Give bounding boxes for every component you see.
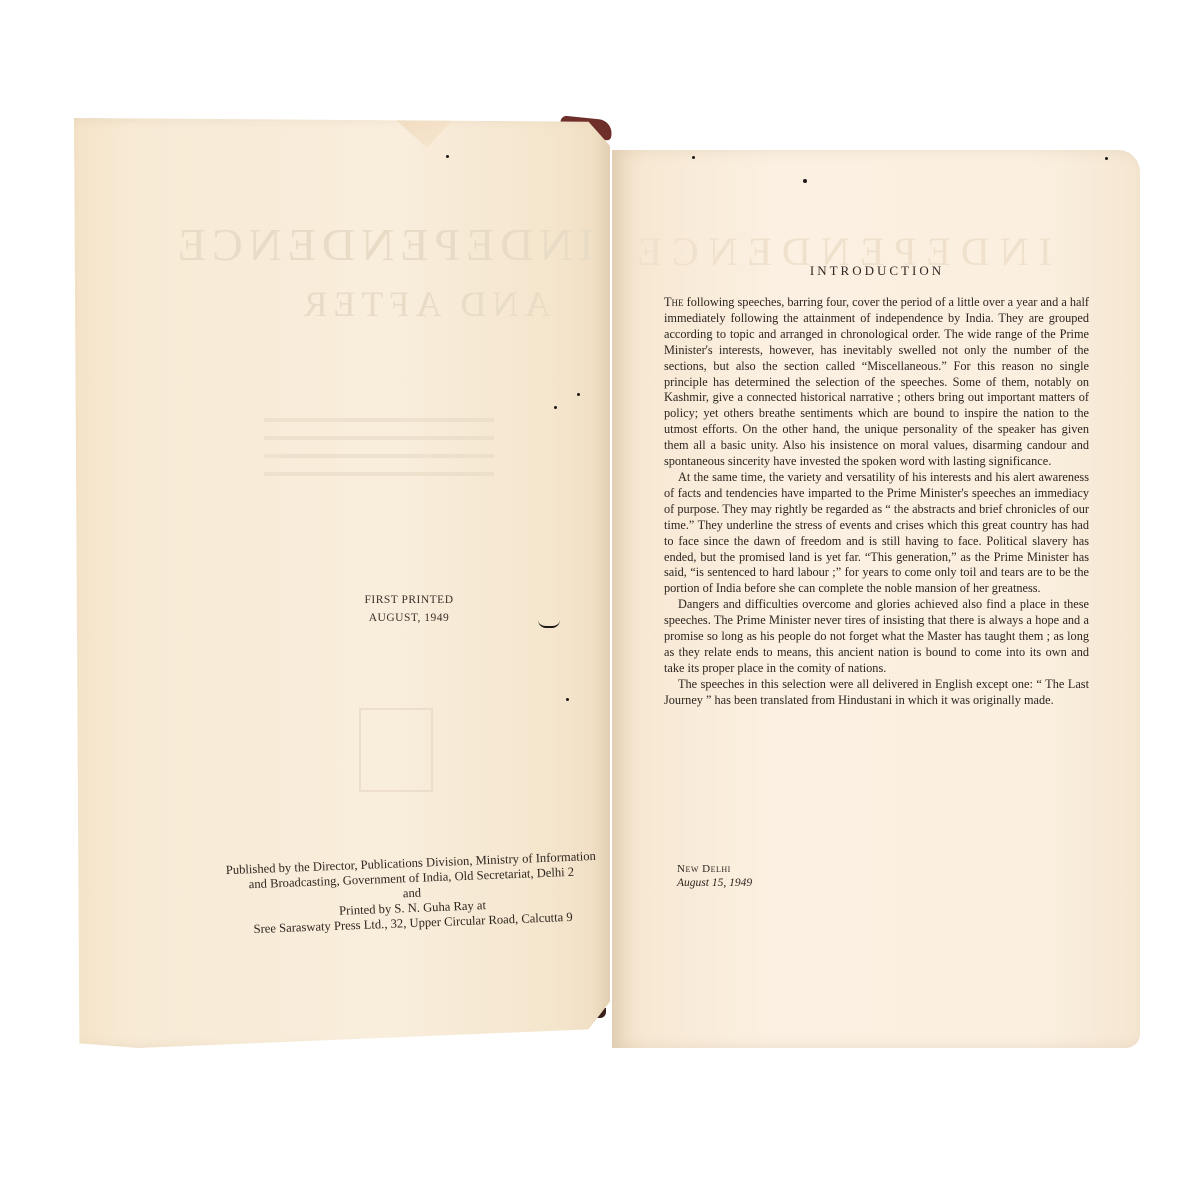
first-printed-notice: FIRST PRINTED AUGUST, 1949 <box>344 591 474 627</box>
right-page-introduction: INDEPENDENCE INTRODUCTION The following … <box>612 150 1140 1048</box>
paragraph: The speeches in this selection were all … <box>664 677 1089 709</box>
publisher-imprint: Published by the Director, Publications … <box>191 848 634 940</box>
open-book: INDEPENDENCE AND AFTER FIRST PRINTED AUG… <box>0 0 1200 1200</box>
signoff-date: August 15, 1949 <box>677 876 752 890</box>
ink-speck <box>446 155 449 158</box>
ink-speck <box>554 406 557 409</box>
ink-speck <box>692 156 695 159</box>
signoff-place: New Delhi <box>677 862 752 876</box>
left-page-imprint: INDEPENDENCE AND AFTER FIRST PRINTED AUG… <box>74 118 610 1048</box>
page-fold-crease <box>394 118 454 148</box>
page-title: INTRODUCTION <box>662 263 1092 279</box>
ink-speck <box>803 179 807 183</box>
ink-speck <box>1105 157 1108 160</box>
ink-speck <box>577 393 580 396</box>
introduction-text: The following speeches, barring four, co… <box>664 295 1089 709</box>
first-printed-label: FIRST PRINTED <box>344 591 474 609</box>
first-printed-date: AUGUST, 1949 <box>344 609 474 627</box>
pencil-mark <box>538 620 560 628</box>
paragraph: The following speeches, barring four, co… <box>664 295 1089 470</box>
show-through-emblem <box>359 708 433 792</box>
show-through-title-line1: INDEPENDENCE <box>194 218 594 271</box>
paragraph: At the same time, the variety and versat… <box>664 470 1089 597</box>
ink-speck <box>566 698 569 701</box>
signoff: New Delhi August 15, 1949 <box>677 862 752 890</box>
show-through-title-line2: AND AFTER <box>274 283 574 325</box>
paragraph-text: following speeches, barring four, cover … <box>664 295 1089 468</box>
show-through-text <box>264 418 494 478</box>
drop-lead: The <box>664 295 684 309</box>
paragraph: Dangers and difficulties overcome and gl… <box>664 597 1089 677</box>
